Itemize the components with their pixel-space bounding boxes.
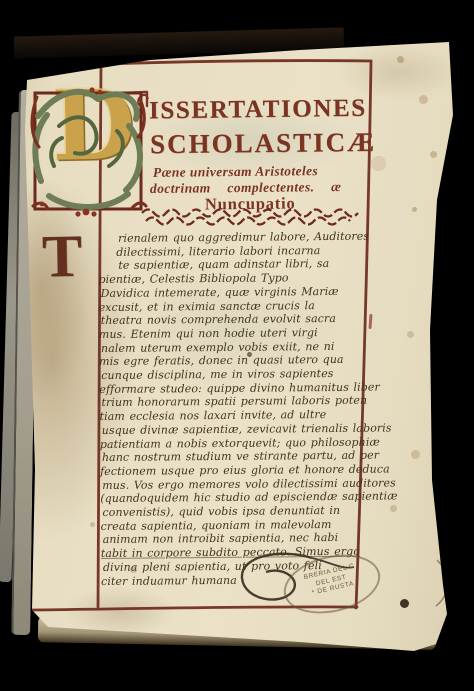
scribal-mark	[138, 95, 148, 108]
manuscript-line: mus. Etenim qui non hodie uteri virgi	[99, 326, 377, 342]
manuscript-photo: D	[0, 0, 474, 691]
stamp-line: DEL EST	[285, 566, 379, 595]
manuscript-line: hanc nostrum studium ve stirante partu, …	[102, 449, 378, 465]
manuscript-line: pientiæ, Celestis Bibliopola Typo	[98, 271, 376, 287]
manuscript-line: excusit, et in eximia sanctæ crucis la	[99, 298, 377, 314]
stamp-line: BRERIA DEL C	[283, 558, 377, 587]
margin-mark	[368, 314, 372, 329]
pen-mark	[436, 560, 447, 606]
divider-squiggle	[140, 206, 372, 228]
body-drop-cap: T	[41, 226, 82, 287]
manuscript-line: divina pleni sapientia, ut pro voto feli	[103, 558, 379, 574]
manuscript-line: nalem uterum exemplo vobis exiit, ne ni	[101, 339, 377, 355]
manuscript-line: (quandoquidem hic studio ad episciendæ s…	[100, 490, 378, 506]
manuscript-line: usque divinæ sapientiæ, zevicavit triena…	[102, 421, 378, 437]
manuscript-line: fectionem usque pro eius gloria et honor…	[100, 463, 378, 479]
pen-flourish	[242, 554, 354, 600]
manuscript-line: cunque disciplina, me in viros sapientes	[101, 367, 377, 383]
manuscript-line: Davidica intemerate, quæ virginis Mariæ	[100, 284, 376, 300]
manuscript-line: rienalem quo aggredimur labore, Auditore…	[100, 230, 376, 246]
manuscript-line: efformare studeo: quippe divino humanitu…	[99, 380, 377, 396]
manuscript-line: tabit in corpore subdito peccato. Simus …	[101, 545, 379, 561]
manuscript-line: tiam ecclesia nos laxari invite, ad ultr…	[100, 408, 378, 424]
manuscript-line: patientiam a nobis extorquevit; quo phil…	[100, 435, 378, 451]
library-stamp: BRERIA DEL C DEL EST * DE RUSTA	[278, 546, 386, 623]
title-line-2: SCHOLASTICÆ	[150, 127, 376, 160]
subtitle-line-1: Pæne universam Aristoteles	[153, 163, 318, 181]
manuscript-line: creata sapientia, quoniam in malevolam	[101, 517, 379, 533]
illuminated-initial-block: D	[28, 84, 150, 220]
foxing-spots	[0, 0, 5, 5]
subtitle-line-2: doctrinam complectentes. æ	[150, 179, 341, 197]
manuscript-line: mus. Vos ergo memores volo dilectissimi …	[102, 476, 378, 492]
title-line-1: ISSERTATIONES	[149, 95, 367, 126]
parchment-page: D	[0, 0, 474, 691]
manuscript-line: convenistis), quid vobis ipsa denuntiat …	[102, 504, 378, 520]
body-text: rienalem quo aggredimur labore, Auditore…	[100, 230, 379, 589]
initial-foliage-decoration	[28, 84, 150, 220]
stamp-line: * DE RUSTA	[286, 574, 380, 603]
section-heading: Nuncupatio	[205, 194, 296, 215]
manuscript-line: mis egre feratis, donec in quasi utero q…	[99, 353, 377, 369]
manuscript-line: animam non introibit sapientia, nec habi	[103, 531, 379, 547]
manuscript-line: dilectissimi, literario labori incarna	[98, 243, 376, 259]
manuscript-line: te sapientiæ, quam adinstar libri, sa	[100, 257, 376, 273]
manuscript-line: trium honorarum spatii persumi laboris p…	[101, 394, 377, 410]
manuscript-line: theatra novis comprehenda evolvit sacra	[101, 312, 377, 328]
illuminated-initial-letter: D	[51, 77, 136, 174]
ruled-frame	[0, 0, 474, 691]
manuscript-line: citer induamur humana	[101, 572, 379, 588]
